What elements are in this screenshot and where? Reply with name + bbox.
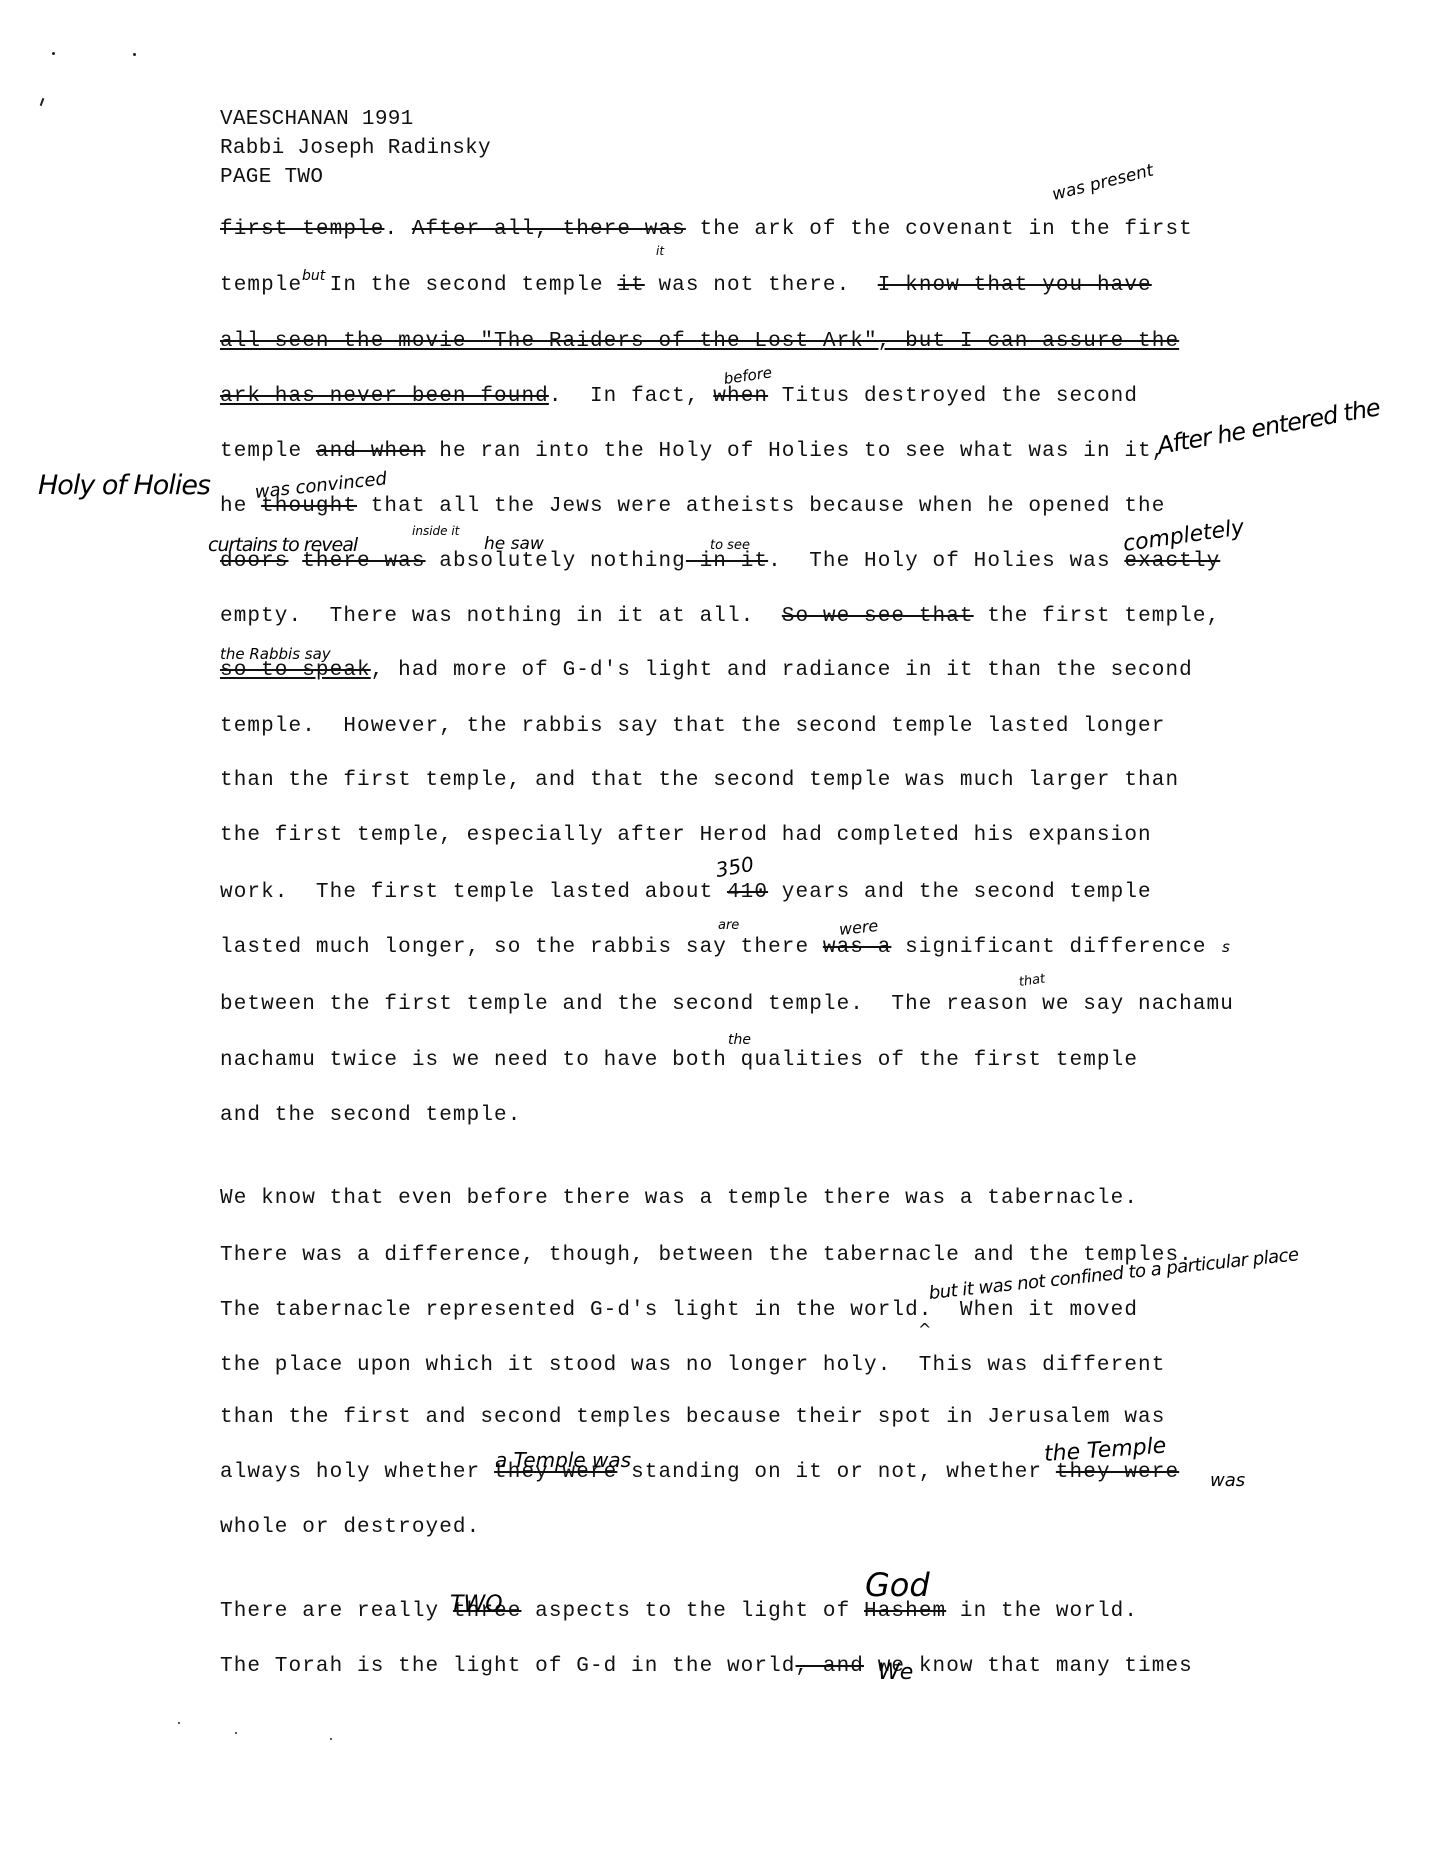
scan-speck <box>235 1732 237 1734</box>
scan-speck <box>52 52 55 55</box>
text-segment: There was a difference, though, between … <box>220 1244 1193 1267</box>
struck-text: So we see that <box>782 605 974 628</box>
text-line: than the first and second temples becaus… <box>220 1406 1165 1430</box>
annotation-two: TWO <box>450 1592 503 1617</box>
text-line: first temple. After all, there was the a… <box>220 218 1193 242</box>
text-line: There are really three aspects to the li… <box>220 1600 1138 1624</box>
text-line: he thought that all the Jews were atheis… <box>220 495 1165 519</box>
text-segment: The tabernacle represented G-d's light i… <box>220 1299 1138 1322</box>
text-line: temple. However, the rabbis say that the… <box>220 715 1165 739</box>
document-title: VAESCHANAN 1991 <box>220 108 414 131</box>
text-segment: and the second temple. <box>220 1104 521 1127</box>
text-segment: , had more of G-d's light and radiance i… <box>371 659 1193 682</box>
text-line: doors there was absolutely nothing in it… <box>220 550 1220 574</box>
annotation-was-present: was present <box>1050 161 1155 205</box>
text-segment: whole or destroyed. <box>220 1516 480 1539</box>
text-segment: There are really <box>220 1600 453 1623</box>
text-line: than the first temple, and that the seco… <box>220 769 1179 793</box>
scan-speck <box>40 98 45 106</box>
text-segment: the place upon which it stood was no lon… <box>220 1354 1165 1377</box>
annotation-the-rabbis-say: the Rabbis say <box>220 645 331 663</box>
annotation-to-see: to see <box>710 538 750 553</box>
text-segment: aspects to the light of <box>521 1600 864 1623</box>
text-line: so to speak, had more of G-d's light and… <box>220 659 1193 683</box>
text-line: lasted much longer, so the rabbis say th… <box>220 936 1207 960</box>
annotation-it: it <box>656 244 664 258</box>
text-line: the first temple, especially after Herod… <box>220 824 1152 848</box>
text-segment: was not there. <box>645 274 878 297</box>
text-line: nachamu twice is we need to have both qu… <box>220 1049 1138 1073</box>
annotation-the: the <box>728 1032 751 1048</box>
annotation-god: God <box>865 1566 930 1604</box>
text-line: temple and when he ran into the Holy of … <box>220 440 1165 464</box>
text-segment: lasted much longer, so the rabbis say th… <box>220 936 823 959</box>
struck-text: 410 <box>727 881 768 904</box>
struck-text: ark has never been found <box>220 385 549 408</box>
text-segment: Titus destroyed the second <box>768 385 1138 408</box>
text-line: We know that even before there was a tem… <box>220 1187 1138 1211</box>
struck-text: I know that you have <box>878 274 1152 297</box>
text-segment: temple <box>220 274 302 297</box>
text-segment: he ran into the Holy of Holies to see wh… <box>426 440 1166 463</box>
text-segment: temple. However, the rabbis say that the… <box>220 715 1165 738</box>
text-segment: the ark of the covenant in the first <box>686 218 1193 241</box>
text-segment: in the world. <box>946 1600 1138 1623</box>
text-line: ark has never been found. In fact, when … <box>220 385 1138 409</box>
text-line: There was a difference, though, between … <box>220 1244 1193 1268</box>
text-segment: between the first temple and the second … <box>220 993 1234 1016</box>
annotation-plural-s: s <box>1222 938 1230 956</box>
annotation-a-temple-was: a Temple was <box>495 1448 631 1472</box>
struck-text: After all, there was <box>412 218 686 241</box>
text-segment: significant difference <box>891 936 1206 959</box>
struck-text: it <box>617 274 644 297</box>
text-line: whole or destroyed. <box>220 1516 480 1540</box>
text-segment: empty. There was nothing in it at all. <box>220 605 782 628</box>
text-line: all seen the movie "The Raiders of the L… <box>220 330 1179 354</box>
text-segment: In the second temple <box>302 274 617 297</box>
text-segment: the first temple, <box>974 605 1221 628</box>
text-line: and the second temple. <box>220 1104 521 1128</box>
struck-text: first temple <box>220 218 384 241</box>
text-segment: that all the Jews were atheists because … <box>357 495 1165 518</box>
text-segment: temple <box>220 440 316 463</box>
annotation-he-saw: he saw <box>484 534 544 554</box>
struck-text: , and <box>796 1655 865 1678</box>
struck-text: all seen the movie "The Raiders of the L… <box>220 330 1179 353</box>
struck-text: in it <box>686 550 768 573</box>
annotation-are: are <box>718 918 739 933</box>
text-segment: standing on it or not, whether <box>617 1461 1055 1484</box>
text-segment: years and the second temple <box>768 881 1152 904</box>
annotation-inside-it: inside it <box>412 524 459 538</box>
document-author: Rabbi Joseph Radinsky <box>220 137 491 160</box>
annotation-was: was <box>1210 1470 1245 1491</box>
annotation-but: but <box>302 268 325 284</box>
text-segment: absolutely nothing <box>426 550 686 573</box>
margin-note-holy-of-holies: Holy of Holies <box>38 470 210 501</box>
text-line: work. The first temple lasted about 410 … <box>220 881 1152 905</box>
text-segment: always holy whether <box>220 1461 494 1484</box>
text-segment: than the first temple, and that the seco… <box>220 769 1179 792</box>
text-line: the place upon which it stood was no lon… <box>220 1354 1165 1378</box>
annotation-350: 350 <box>714 852 756 882</box>
text-segment: than the first and second temples becaus… <box>220 1406 1165 1429</box>
annotation-that: that <box>1018 971 1046 990</box>
text-segment: The Torah is the light of G-d in the wor… <box>220 1655 796 1678</box>
text-segment: we know that many times <box>864 1655 1193 1678</box>
text-segment: . In fact, <box>549 385 713 408</box>
text-line: always holy whether they were standing o… <box>220 1461 1179 1485</box>
text-line: temple In the second temple it was not t… <box>220 274 1152 298</box>
struck-text: was a <box>823 936 892 959</box>
annotation-after-he-entered: After he entered the <box>1155 393 1382 460</box>
annotation-we: We <box>878 1660 913 1685</box>
text-segment: nachamu twice is we need to have both qu… <box>220 1049 1138 1072</box>
scan-speck <box>330 1738 332 1740</box>
text-line: The tabernacle represented G-d's light i… <box>220 1299 1138 1323</box>
scan-speck <box>178 1722 180 1724</box>
page-label: PAGE TWO <box>220 166 323 189</box>
text-segment: . <box>384 218 411 241</box>
struck-text: when <box>713 385 768 408</box>
text-line: between the first temple and the second … <box>220 993 1234 1017</box>
text-line: empty. There was nothing in it at all. S… <box>220 605 1220 629</box>
insertion-caret: ^ <box>918 1320 931 1339</box>
text-segment: We know that even before there was a tem… <box>220 1187 1138 1210</box>
scan-speck <box>133 53 136 56</box>
struck-text: and when <box>316 440 426 463</box>
annotation-curtains-to-reveal: curtains to reveal <box>208 534 357 556</box>
text-line: The Torah is the light of G-d in the wor… <box>220 1655 1193 1679</box>
text-segment: the first temple, especially after Herod… <box>220 824 1152 847</box>
text-segment: work. The first temple lasted about <box>220 881 727 904</box>
text-segment: . The Holy of Holies was <box>768 550 1124 573</box>
document-page: VAESCHANAN 1991 Rabbi Joseph Radinsky PA… <box>0 0 1430 1851</box>
